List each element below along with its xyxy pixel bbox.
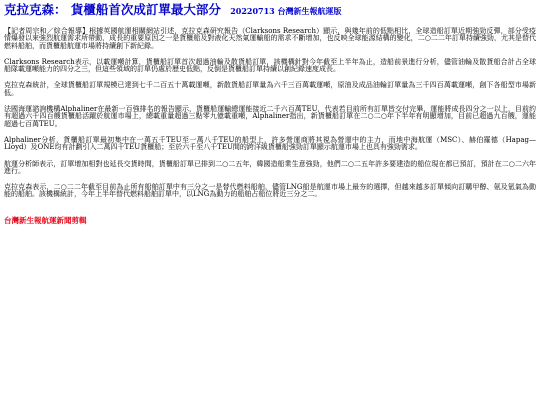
article-paragraph-7: 克拉克森表示，二○二二年截至目前為止所有船舶訂單中有三分之一是替代燃料船舶，儘管… [4,184,536,199]
news-clippings-link[interactable]: 台灣新生報航運新聞剪輯 [4,215,87,226]
article-paragraph-1: 【記者周宗和／綜合報導】根據英國航運相關網站引述，克拉克森研究報告（Clarks… [4,28,536,50]
headline-date-source: 20220713 台灣新生報航運版 [230,6,341,16]
headline-text: 克拉克森： 貨櫃船首次成訂單最大部分 [4,2,221,17]
article-paragraph-5: Alphaliner分析，貨櫃船訂單最初集中在一萬五千TEU至一萬八千TEU的船… [4,137,536,152]
article-paragraph-4: 法國海運諮詢機構Alphaliner在最新一百強排名的報告顯示，貨櫃船運輸總運能… [4,106,536,128]
article-paragraph-2: Clarksons Research表示，以載運噸計算，貨櫃船訂單首次超過油輪及… [4,59,536,74]
article-paragraph-6: 航運分析師表示，訂單增加相對也延長交貨時間，貨櫃船訂單已排到二○二五年，韓國造船… [4,161,536,176]
page-title: 克拉克森： 貨櫃船首次成訂單最大部分 20220713 台灣新生報航運版 [4,3,536,18]
article-paragraph-3: 克拉克森統計，全球貨櫃船訂單規模已達到七千二百五十萬載運噸，新散貨船訂單量為六千… [4,82,536,97]
article-page: 克拉克森： 貨櫃船首次成訂單最大部分 20220713 台灣新生報航運版 【記者… [4,3,536,227]
article-body: 【記者周宗和／綜合報導】根據英國航運相關網站引述，克拉克森研究報告（Clarks… [4,28,536,199]
